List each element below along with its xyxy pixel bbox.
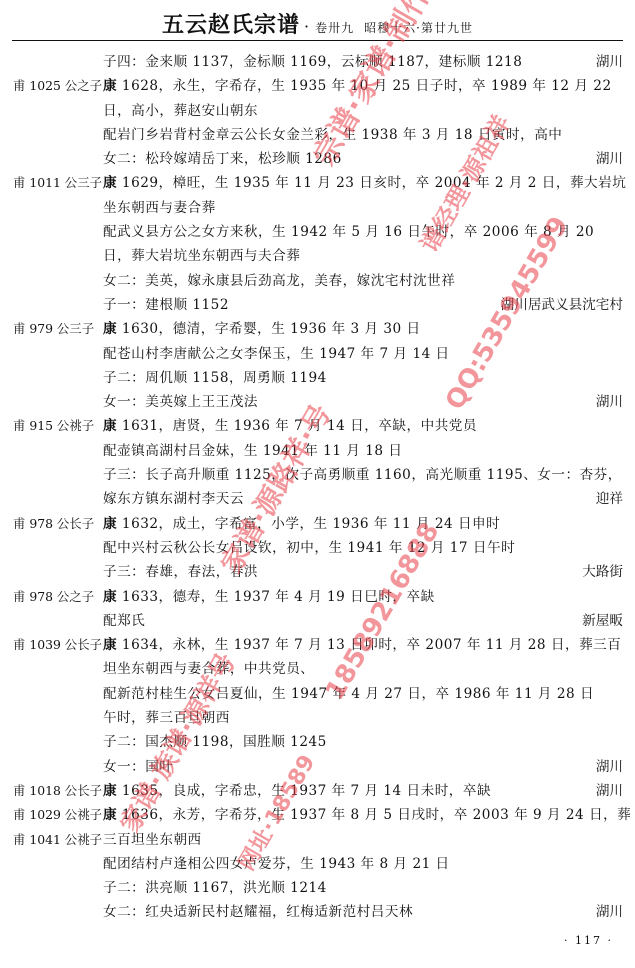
entry-text: 子二：国杰顺 1198，国胜顺 1245 [103, 730, 623, 754]
page-number: · 117 · [564, 934, 613, 947]
entry-line: 甫 915 公祧子康 1631，唐贤，生 1936 年 7 月 14 日，卒缺，… [0, 414, 635, 438]
entry-line: 坐东朝西与妻合葬 [0, 196, 635, 220]
entry-text: 子二：洪亮顺 1167，洪光顺 1214 [103, 876, 623, 900]
entry-line: 女一：美英嫁上王王茂法湖川 [0, 390, 635, 414]
entry-line: 日，高小，葬赵安山朝东 [0, 99, 635, 123]
entry-text: 女二：美英，嫁永康县后劲高龙，美春，嫁沈宅村沈世祥 [103, 269, 623, 293]
entry-text: 配新范村桂生公女吕夏仙，生 1947 年 4 月 27 日，卒 1986 年 1… [103, 682, 623, 706]
entry-text: 康 1630，德清，字希婴，生 1936 年 3 月 30 日 [103, 317, 623, 341]
residence-label: 湖川 [596, 50, 623, 74]
lineage-label: 甫 979 公三子 [13, 317, 94, 341]
entry-text: 康 1636，永芳，字希芬，生 1937 年 8 月 5 日戌时，卒 2003 … [103, 803, 623, 827]
entry-line: 配壶镇高湖村吕金妹，生 1941 年 11 月 18 日 [0, 439, 635, 463]
entry-text: 配郑氏 [103, 609, 623, 633]
residence-label: 大路街 [582, 560, 623, 584]
entry-line: 配岩门乡岩背村金章云公长女金兰彩，生 1938 年 3 月 18 日寅时，高中 [0, 123, 635, 147]
entry-line: 甫 1029 公祧子康 1636，永芳，字希芬，生 1937 年 8 月 5 日… [0, 803, 635, 827]
entry-line: 子二：国杰顺 1198，国胜顺 1245 [0, 730, 635, 754]
lineage-label: 甫 1011 公三子 [13, 171, 102, 195]
entry-line: 甫 978 公之子康 1633，德寿，生 1937 年 4 月 19 日巳时，卒… [0, 585, 635, 609]
entry-line: 配武义县方公之女方来秋，生 1942 年 5 月 16 日午时，卒 2006 年… [0, 220, 635, 244]
entry-line: 甫 1025 公之子康 1628，永生，字希存，生 1935 年 10 月 25… [0, 74, 635, 98]
residence-label: 新屋畈 [582, 609, 623, 633]
residence-label: 湖川 [596, 147, 623, 171]
entry-text: 康 1634，永林，生 1937 年 7 月 13 日卯时，卒 2007 年 1… [103, 633, 623, 657]
entry-text: 女一：美英嫁上王王茂法 [103, 390, 623, 414]
entry-text: 康 1632，成土，字希富，小学，生 1936 年 11 月 24 日申时 [103, 512, 623, 536]
lineage-label: 甫 915 公祧子 [13, 414, 94, 438]
entry-text: 配岩门乡岩背村金章云公长女金兰彩，生 1938 年 3 月 18 日寅时，高中 [103, 123, 623, 147]
entry-text: 子二：周仉顺 1158，周勇顺 1194 [103, 366, 623, 390]
entry-line: 子二：周仉顺 1158，周勇顺 1194 [0, 366, 635, 390]
residence-label: 湖川 [596, 900, 623, 924]
entry-text: 坦坐东朝西与妻合葬，中共党员、 [103, 657, 623, 681]
entry-text: 配团结村卢逢相公四女卢爱芬，生 1943 年 8 月 21 日 [103, 852, 623, 876]
entry-text: 康 1631，唐贤，生 1936 年 7 月 14 日，卒缺，中共党员 [103, 414, 623, 438]
entry-text: 配武义县方公之女方来秋，生 1942 年 5 月 16 日午时，卒 2006 年… [103, 220, 623, 244]
entry-line: 配团结村卢逢相公四女卢爱芬，生 1943 年 8 月 21 日 [0, 852, 635, 876]
entry-line: 子二：洪亮顺 1167，洪光顺 1214 [0, 876, 635, 900]
page-header: 五云赵氏宗谱 · 卷卅九 昭穆十六·第廿九世 [0, 8, 635, 40]
entry-line: 女二：松玲嫁靖岳丁来，松珍顺 1286湖川 [0, 147, 635, 171]
lineage-label: 甫 1041 公祧子 [13, 828, 102, 852]
entry-line: 坦坐东朝西与妻合葬，中共党员、 [0, 657, 635, 681]
header-separator: · [304, 17, 309, 36]
entry-line: 配新范村桂生公女吕夏仙，生 1947 年 4 月 27 日，卒 1986 年 1… [0, 682, 635, 706]
volume-label: 卷卅九 [315, 19, 354, 36]
lineage-label: 甫 1025 公之子 [13, 74, 102, 98]
entry-text: 子四：金来顺 1137，金标顺 1169，云标顺 1187，建标顺 1218 [103, 50, 623, 74]
entry-line: 甫 1041 公祧子三百坦坐东朝西 [0, 828, 635, 852]
residence-label: 湖川 [596, 779, 623, 803]
entry-line: 子一：建根顺 1152湖川居武义县沈宅村 [0, 293, 635, 317]
residence-label: 湖川 [596, 390, 623, 414]
entry-text: 康 1629，樟旺，生 1935 年 11 月 23 日亥时，卒 2004 年 … [103, 171, 623, 195]
lineage-label: 甫 978 公长子 [13, 512, 94, 536]
entry-line: 甫 978 公长子康 1632，成土，字希富，小学，生 1936 年 11 月 … [0, 512, 635, 536]
entry-text: 子三：春雄，春法，春洪 [103, 560, 623, 584]
residence-label: 湖川居武义县沈宅村 [501, 293, 623, 317]
entry-line: 子四：金来顺 1137，金标顺 1169，云标顺 1187，建标顺 1218湖川 [0, 50, 635, 74]
entry-line: 配郑氏新屋畈 [0, 609, 635, 633]
lineage-label: 甫 978 公之子 [13, 585, 94, 609]
entry-line: 嫁东方镇东湖村李天云迎祥 [0, 487, 635, 511]
entry-line: 日，葬大岩坑坐东朝西与夫合葬 [0, 244, 635, 268]
book-title: 五云赵氏宗谱 [162, 8, 300, 39]
entry-text: 配中兴村云秋公长女吕设钦，初中，生 1941 年 12 月 17 日午时 [103, 536, 623, 560]
entry-text: 午时，葬三百旦朝西 [103, 706, 623, 730]
header-rule [12, 40, 623, 41]
entry-line: 午时，葬三百旦朝西 [0, 706, 635, 730]
entry-line: 子三：长子高升顺重 1125，次子高勇顺重 1160，高光顺重 1195、女一：… [0, 463, 635, 487]
entry-line: 子三：春雄，春法，春洪大路街 [0, 560, 635, 584]
entry-text: 子三：长子高升顺重 1125，次子高勇顺重 1160，高光顺重 1195、女一：… [103, 463, 623, 487]
genealogy-entries: 子四：金来顺 1137，金标顺 1169，云标顺 1187，建标顺 1218湖川… [0, 50, 635, 925]
entry-text: 坐东朝西与妻合葬 [103, 196, 623, 220]
entry-line: 配苍山村李唐献公之女李保玉，生 1947 年 7 月 14 日 [0, 342, 635, 366]
entry-line: 甫 1011 公三子康 1629，樟旺，生 1935 年 11 月 23 日亥时… [0, 171, 635, 195]
entry-text: 嫁东方镇东湖村李天云 [103, 487, 623, 511]
lineage-label: 甫 1029 公祧子 [13, 803, 102, 827]
entry-line: 甫 1018 公长子康 1635，良成，字希忠，生 1937 年 7 月 14 … [0, 779, 635, 803]
entry-text: 女二：松玲嫁靖岳丁来，松珍顺 1286 [103, 147, 623, 171]
entry-line: 女二：红央适新民村赵耀福，红梅适新范村吕天林湖川 [0, 900, 635, 924]
entry-text: 配苍山村李唐献公之女李保玉，生 1947 年 7 月 14 日 [103, 342, 623, 366]
lineage-label: 甫 1039 公长子 [13, 633, 102, 657]
entry-text: 三百坦坐东朝西 [103, 828, 623, 852]
residence-label: 湖川 [596, 755, 623, 779]
entry-text: 女一：国叶 [103, 755, 623, 779]
entry-line: 甫 979 公三子康 1630，德清，字希婴，生 1936 年 3 月 30 日 [0, 317, 635, 341]
entry-text: 女二：红央适新民村赵耀福，红梅适新范村吕天林 [103, 900, 623, 924]
residence-label: 迎祥 [596, 487, 623, 511]
entry-text: 康 1633，德寿，生 1937 年 4 月 19 日巳时，卒缺 [103, 585, 623, 609]
entry-text: 康 1628，永生，字希存，生 1935 年 10 月 25 日子时，卒 198… [103, 74, 623, 98]
entry-text: 日，高小，葬赵安山朝东 [103, 99, 623, 123]
entry-text: 配壶镇高湖村吕金妹，生 1941 年 11 月 18 日 [103, 439, 623, 463]
entry-line: 女二：美英，嫁永康县后劲高龙，美春，嫁沈宅村沈世祥 [0, 269, 635, 293]
entry-line: 女一：国叶湖川 [0, 755, 635, 779]
entry-text: 日，葬大岩坑坐东朝西与夫合葬 [103, 244, 623, 268]
entry-text: 康 1635，良成，字希忠，生 1937 年 7 月 14 日未时，卒缺 [103, 779, 623, 803]
entry-line: 配中兴村云秋公长女吕设钦，初中，生 1941 年 12 月 17 日午时 [0, 536, 635, 560]
lineage-label: 甫 1018 公长子 [13, 779, 102, 803]
entry-line: 甫 1039 公长子康 1634，永林，生 1937 年 7 月 13 日卯时，… [0, 633, 635, 657]
section-label: 昭穆十六·第廿九世 [364, 19, 473, 36]
